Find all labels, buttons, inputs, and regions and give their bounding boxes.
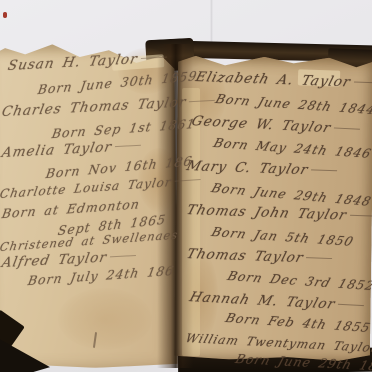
red-speck	[3, 12, 7, 18]
photo-of-family-bible-records: Susan H. Taylor Born June 30th 1859 Char…	[0, 0, 372, 372]
